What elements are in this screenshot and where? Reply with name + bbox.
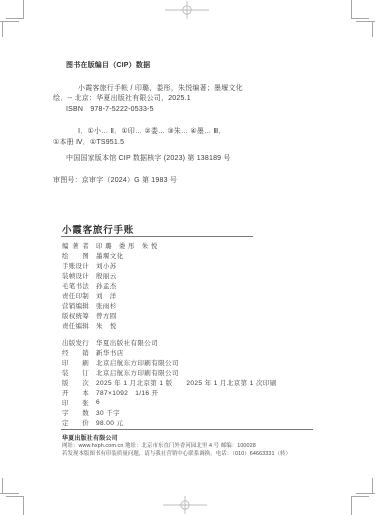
credits-row: 版权统筹曾方圆 bbox=[62, 310, 158, 320]
credit-label: 手账设计 bbox=[62, 261, 89, 270]
credit-value: 印 璐 娄 彤 朱 悦 bbox=[96, 241, 158, 250]
map-approval-number: 审图号：京审字（2024）G 第 1983 号 bbox=[53, 176, 177, 185]
cip-record-number: 中国国家版本馆 CIP 数据核字 (2023) 第 138189 号 bbox=[66, 154, 231, 163]
credit-label: 责任编辑 bbox=[62, 321, 89, 330]
publication-value: 北京启航东方印刷有限公司 bbox=[96, 358, 179, 367]
credit-label: 编著者 bbox=[62, 241, 89, 250]
footer-quality-notice: 若发现本版图书有印装质量问题，请与我社营销中心联系调换。电话：（010）6466… bbox=[62, 449, 291, 457]
cip-header: 图书在版编目（CIP）数据 bbox=[66, 61, 150, 70]
publication-label: 字数 bbox=[62, 408, 89, 417]
colophon-page: { "colors": { "text": "#3c3c3c", "bold_t… bbox=[0, 0, 375, 515]
publication-value: 北京启航东方印刷有限公司 bbox=[96, 368, 179, 377]
publication-label: 经销 bbox=[62, 348, 89, 357]
publication-label: 出版发行 bbox=[62, 338, 89, 347]
credit-value: 朱 悦 bbox=[96, 321, 117, 330]
credits-row: 毛笔书法孙孟杰 bbox=[62, 280, 158, 290]
cip-isbn: ISBN 978-7-5222-0533-5 bbox=[66, 105, 154, 114]
cip-title-line: 小霞客旅行手帐 / 印璐，娄彤，朱悦编著；墨堰文化 bbox=[78, 84, 243, 93]
publication-value: 98.00 元 bbox=[96, 418, 123, 427]
publication-value: 6 bbox=[96, 399, 100, 406]
credit-value: 刘小苏 bbox=[96, 261, 117, 270]
publication-row: 经销新华书店 bbox=[62, 347, 277, 357]
publication-label: 定价 bbox=[62, 418, 89, 427]
cip-class-line-1: Ⅰ．①小… Ⅱ．①印… ②娄… ③朱… ④墨… Ⅲ． bbox=[78, 127, 226, 136]
publication-row: 定价98.00 元 bbox=[62, 417, 277, 427]
credits-row: 装帧设计殷丽云 bbox=[62, 270, 158, 280]
credits-list: 编著者印 璐 娄 彤 朱 悦 绘图墨堰文化 手账设计刘小苏 装帧设计殷丽云 毛笔… bbox=[62, 240, 158, 330]
publication-value: 华夏出版社有限公司 bbox=[96, 338, 158, 347]
credits-row: 编著者印 璐 娄 彤 朱 悦 bbox=[62, 240, 158, 250]
publication-value: 新华书店 bbox=[96, 348, 124, 357]
cip-class-line-2: ①本册 Ⅳ．①TS951.5 bbox=[53, 138, 124, 147]
credit-value: 墨堰文化 bbox=[96, 251, 124, 260]
credit-label: 营销编辑 bbox=[62, 301, 89, 310]
footer-divider bbox=[61, 429, 313, 430]
credit-label: 版权统筹 bbox=[62, 311, 89, 320]
publication-list: 出版发行华夏出版社有限公司 经销新华书店 印刷北京启航东方印刷有限公司 装订北京… bbox=[62, 337, 277, 427]
credit-label: 责任印制 bbox=[62, 291, 89, 300]
cip-publisher-line: 绘．-- 北京：华夏出版社有限公司，2025.1 bbox=[53, 94, 191, 103]
credit-value: 刘 洋 bbox=[96, 291, 117, 300]
registration-target-icon-bottom bbox=[163, 495, 207, 515]
credit-label: 装帧设计 bbox=[62, 271, 89, 280]
credits-row: 绘图墨堰文化 bbox=[62, 250, 158, 260]
publication-row: 印刷北京启航东方印刷有限公司 bbox=[62, 357, 277, 367]
publication-value: 30 千字 bbox=[96, 408, 120, 417]
book-title: 小霞客旅行手账 bbox=[62, 222, 134, 236]
publication-row: 印张6 bbox=[62, 397, 277, 407]
credits-row: 责任印制刘 洋 bbox=[62, 290, 158, 300]
title-divider bbox=[61, 236, 253, 237]
credit-label: 毛笔书法 bbox=[62, 281, 89, 290]
credit-value: 曾方圆 bbox=[96, 311, 117, 320]
credits-row: 营销编辑张雨杉 bbox=[62, 300, 158, 310]
credit-value: 殷丽云 bbox=[96, 271, 117, 280]
registration-target-icon-top bbox=[165, 0, 209, 20]
publication-row: 装订北京启航东方印刷有限公司 bbox=[62, 367, 277, 377]
publication-label: 版次 bbox=[62, 378, 89, 387]
publication-row: 字数30 千字 bbox=[62, 407, 277, 417]
footer-contact-line: 网址：www.hxph.com.cn 地址：北京市东直门外香河园北里 4 号 邮… bbox=[62, 441, 256, 449]
credits-row: 手账设计刘小苏 bbox=[62, 260, 158, 270]
credits-row: 责任编辑朱 悦 bbox=[62, 320, 158, 330]
publication-row: 出版发行华夏出版社有限公司 bbox=[62, 337, 277, 347]
publication-label: 印张 bbox=[62, 398, 89, 407]
publication-row: 版次2025 年 1 月北京第 1 版 2025 年 1 月北京第 1 次印刷 bbox=[62, 377, 277, 387]
publication-label: 印刷 bbox=[62, 358, 89, 367]
publication-row: 开本787×1092 1/16 开 bbox=[62, 387, 277, 397]
publication-value: 2025 年 1 月北京第 1 版 2025 年 1 月北京第 1 次印刷 bbox=[96, 378, 277, 387]
publication-value: 787×1092 1/16 开 bbox=[96, 388, 159, 397]
publication-label: 装订 bbox=[62, 368, 89, 377]
publication-label: 开本 bbox=[62, 388, 89, 397]
credit-value: 孙孟杰 bbox=[96, 281, 117, 290]
credit-label: 绘图 bbox=[62, 251, 89, 260]
credit-value: 张雨杉 bbox=[96, 301, 117, 310]
